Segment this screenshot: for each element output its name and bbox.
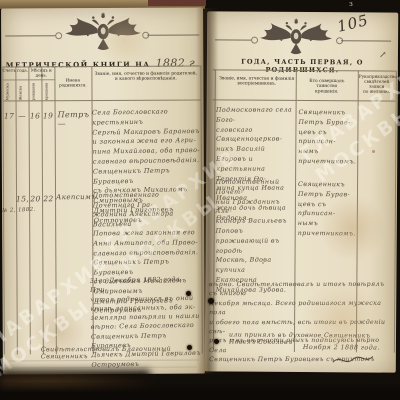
header-parents-label: Званіе, имя, отчество и фамилія родителе… — [91, 70, 200, 81]
left-page: МЕТРИЧЕСКОЙ КНИГИ НА 1882 г. Счетъ года.… — [1, 7, 205, 374]
row1-male-count: 17 — [3, 111, 16, 120]
ribbon-loop — [336, 37, 343, 44]
signature-date: Ноября 2 1888 года. — [303, 343, 380, 352]
header-officiant-label: Кто совершалъ таинство крещенія. — [299, 78, 355, 94]
row2-baptism-day: 22 — [42, 194, 55, 203]
header-signatures-label: Рукоприкладство свидѣтелей записи по жел… — [359, 74, 395, 94]
row2-name: Акепсимъ — [56, 193, 92, 201]
page-title-year-handwritten: 1882 г. — [156, 56, 199, 69]
ribbon-line — [215, 39, 251, 40]
archival-scan: з МЕТРИЧЕСКОЙ КНИГИ НА 1882 г. — [0, 0, 400, 400]
bottom-shadow — [0, 382, 400, 400]
binding-edge-maroon — [148, 0, 206, 6]
ribbon-loop — [251, 37, 258, 44]
row1-name: Петръ — — [58, 110, 92, 128]
imperial-eagle-icon — [256, 18, 336, 59]
header-signatures: Рукоприкладство свидѣтелей записи по жел… — [359, 74, 395, 110]
signature-flourish — [331, 352, 375, 368]
pen-arrow-mark: ↗ — [379, 51, 387, 61]
header-baptized-label: крещенія — [44, 76, 48, 100]
corner-mark: з — [349, 0, 353, 8]
punch-hole — [214, 339, 219, 344]
header-count-group-label: Счетъ года. — [2, 68, 28, 73]
table-line — [41, 66, 44, 354]
header-parents: Званіе, имя, отчество и фамилія родителе… — [91, 70, 200, 89]
foxing-spot — [262, 262, 264, 264]
row1-baptism-day: 19 — [42, 111, 55, 120]
ribbon-line — [5, 35, 55, 36]
ribbon-line — [341, 40, 391, 41]
punch-hole — [208, 298, 214, 304]
header-female-label: Женска — [18, 76, 22, 100]
foxing-spot — [372, 150, 375, 153]
margin-note: № 2, 1882. — [2, 207, 36, 214]
header-names: Имена родившихся. — [54, 78, 91, 96]
punch-hole — [186, 291, 191, 296]
ribbon-line — [147, 34, 199, 35]
ribbon-loop — [142, 32, 149, 39]
punch-hole — [187, 345, 192, 350]
folio-number: 105 — [336, 11, 371, 36]
page-title-right: ГОДА, ЧАСТЬ ПЕРВАЯ, О РОДИВШИХСЯ. — [207, 57, 398, 74]
header-names-label: Имена родившихся. — [54, 78, 91, 88]
right-page: 105 ГОДА, ЧАСТЬ ПЕРВАЯ, О РОДИВШИХСЯ. ↗ — [205, 11, 399, 372]
imperial-eagle-icon — [60, 12, 146, 54]
row1-birth-day: 16 — [29, 111, 42, 120]
table-line — [54, 66, 57, 354]
header-godparents: Званіе, имя, отчество и фамилія воспріем… — [219, 75, 295, 94]
header-godparents-label: Званіе, имя, отчество и фамилія воспріем… — [219, 75, 295, 86]
row2-birth-day: 20 — [29, 194, 42, 203]
row1-female-count: — — [16, 111, 29, 120]
header-born-label: рожденія — [31, 76, 35, 100]
row2-godparents-entry: Потомственный Почет- ный Гражданинъ Але-… — [216, 178, 294, 296]
header-male-label: Мужеска — [5, 76, 9, 100]
row2-female-count: 15, — [16, 194, 29, 203]
ribbon-loop — [55, 32, 62, 39]
attestation-line: Свидѣтельствовалъ Благочинный Священникъ — [41, 345, 203, 360]
row1-officiant-entry: Священникъ Петръ Бурав- цевъ съ приписан… — [298, 108, 356, 167]
header-officiant: Кто совершалъ таинство крещенія. — [299, 78, 355, 107]
foxing-spot — [305, 210, 307, 212]
